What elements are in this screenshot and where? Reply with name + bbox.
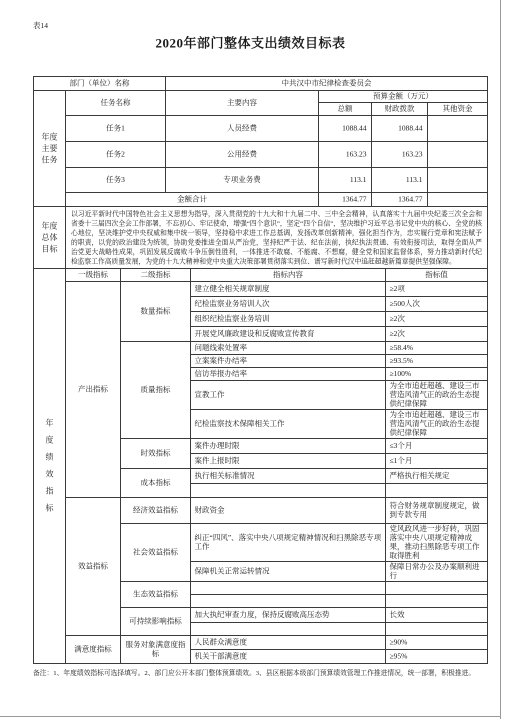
indicator-content (191, 582, 386, 595)
indicator-content: 保障机关正常运转情况 (191, 562, 386, 582)
group-quality-indicators: 质量指标 (121, 342, 191, 439)
indicator-value (386, 582, 488, 595)
indicator-value (386, 623, 488, 636)
indicator-value (386, 484, 488, 498)
task-row-2: 任务2 公用经费 163.23 163.23 (34, 142, 488, 168)
indicator-content: 问题线索处置率 (191, 342, 386, 355)
indicator-value: 为全市追赶超越、建设三市营造风清气正的政治生态提供纪律保障 (386, 410, 488, 439)
page-edge-bottom (0, 716, 501, 717)
col-fiscal: 财政拨款 (372, 103, 428, 116)
task-content: 公用经费 (166, 142, 319, 168)
task-content: 人员经费 (166, 116, 319, 142)
side-label-annual-goal: 年度总体目标 (34, 207, 66, 269)
task-content: 专项业务费 (166, 168, 319, 193)
indicator-content (191, 484, 386, 498)
indicator-content: 机关干部满意度 (191, 650, 386, 664)
task-row-1: 任务1 人员经费 1088.44 1088.44 (34, 116, 488, 142)
task-fiscal: 1088.44 (372, 116, 428, 142)
indicator-value: ≥2项 (386, 282, 488, 297)
group-social-benefit: 社会效益指标 (121, 524, 191, 582)
col-other-funds: 其他资金 (428, 103, 488, 116)
footnote-text: 备注：1、年度绩效指标可选择填写。2、部门应公开本部门整体预算绩效。3、县区根据… (33, 669, 487, 678)
sum-other (428, 193, 488, 207)
task-name: 任务1 (66, 116, 166, 142)
task-fiscal: 163.23 (372, 142, 428, 168)
annual-goal-row: 年度总体目标 以习近平新时代中国特色社会主义思想为指导，深入贯彻党的十九大和十九… (34, 207, 488, 269)
sum-fiscal: 1364.77 (372, 193, 428, 207)
group-benefit-indicators: 效益指标 (66, 498, 121, 636)
sum-row: 金额合计 1364.77 1364.77 (34, 193, 488, 207)
indicator-value: ≥2次 (386, 312, 488, 327)
document-page: 表14 2020年部门整体支出绩效目标表 部门（单位）名称 中共汉中市纪律检查委… (0, 0, 509, 719)
indicator-value: 符合财务规章制度规定，做到专款专用 (386, 498, 488, 524)
task-row-3: 任务3 专项业务费 113.1 113.1 (34, 168, 488, 193)
dept-name-row: 部门（单位）名称 中共汉中市纪律检查委员会 (34, 77, 488, 91)
indicator-content: 建立健全相关规章制度 (191, 282, 386, 297)
task-other (428, 116, 488, 142)
group-output-indicators: 产出指标 (66, 282, 121, 498)
side-label-annual-performance: 年度绩效指标 (34, 269, 66, 664)
indicator-value (386, 595, 488, 608)
col-task-name: 任务名称 (66, 91, 166, 116)
page-edge-right (500, 0, 501, 719)
indicator-value: ≥95% (386, 650, 488, 664)
form-number: 表14 (33, 20, 48, 31)
indicator-header-row: 年度绩效指标 一级指标 二级指标 指标内容 指标值 (34, 269, 488, 282)
indicator-content: 加大执纪审查力度，保持反腐败高压态势 (191, 608, 386, 623)
group-service-target-satisfaction: 服务对象满意度指标 (121, 636, 191, 664)
indicator-value: ≥100% (386, 368, 488, 381)
indicator-content: 宣教工作 (191, 381, 386, 410)
indicator-value: ≤1个月 (386, 454, 488, 469)
group-economic-benefit: 经济效益指标 (121, 498, 191, 524)
indicator-content: 信访举报办结率 (191, 368, 386, 381)
task-other (428, 168, 488, 193)
scanned-page: 表14 2020年部门整体支出绩效目标表 部门（单位）名称 中共汉中市纪律检查委… (0, 0, 509, 719)
indicator-value: ≥500人次 (386, 297, 488, 312)
task-total: 163.23 (319, 142, 372, 168)
indicator-content (191, 623, 386, 636)
group-quantity-indicators: 数量指标 (121, 282, 191, 342)
side-label-annual-tasks: 年度主要任务 (34, 91, 66, 207)
task-name: 任务2 (66, 142, 166, 168)
group-cost-indicators: 成本指标 (121, 469, 191, 498)
group-satisfaction-indicators: 满意度指标 (66, 636, 121, 664)
col-indicator-value: 指标值 (386, 269, 488, 282)
indicator-value: 党风政风进一步好转，巩固落实中央八项规定精神成果，推动扫黑除恶专项工作取得胜利 (386, 524, 488, 562)
page-title: 2020年部门整体支出绩效目标表 (0, 33, 501, 52)
task-total: 113.1 (319, 168, 372, 193)
performance-indicator-table: 年度绩效指标 一级指标 二级指标 指标内容 指标值 产出指标 数量指标 建立健全… (33, 268, 488, 664)
indicator-row: 产出指标 数量指标 建立健全相关规章制度 ≥2项 (34, 282, 488, 297)
indicator-value: ≥90% (386, 636, 488, 650)
sum-label: 金额合计 (66, 193, 319, 207)
col-level2-indicator: 二级指标 (121, 269, 191, 282)
indicator-content: 案件办理时限 (191, 439, 386, 454)
annual-goal-text: 以习近平新时代中国特色社会主义思想为指导，深入贯彻党的十九大和十九届二中、三中全… (66, 207, 488, 269)
col-indicator-content: 指标内容 (191, 269, 386, 282)
indicator-value: 为全市追赶超越、建设三市营造风清气正的政治生态提供纪律保障 (386, 381, 488, 410)
indicator-content: 纪检监察技术保障相关工作 (191, 410, 386, 439)
indicator-content: 立案案件办结率 (191, 355, 386, 368)
group-time-indicators: 时效指标 (121, 439, 191, 469)
indicator-content: 开展党风廉政建设和反腐败宣传教育 (191, 327, 386, 342)
sum-total: 1364.77 (319, 193, 372, 207)
dept-name-value: 中共汉中市纪律检查委员会 (166, 77, 488, 91)
budget-task-table: 部门（单位）名称 中共汉中市纪律检查委员会 年度主要任务 任务名称 主要内容 预… (33, 76, 488, 269)
indicator-content: 组织纪检监察业务培训 (191, 312, 386, 327)
indicator-value: 严格执行相关规定 (386, 469, 488, 484)
col-level1-indicator: 一级指标 (66, 269, 121, 282)
indicator-content: 案件上报时限 (191, 454, 386, 469)
indicator-content: 纠正“四风”、落实中央八项规定精神情况和扫黑除恶专项工作 (191, 524, 386, 562)
task-name: 任务3 (66, 168, 166, 193)
indicator-value: ≥2次 (386, 327, 488, 342)
tables-container: 部门（单位）名称 中共汉中市纪律检查委员会 年度主要任务 任务名称 主要内容 预… (33, 76, 487, 677)
indicator-value: ≥58.4% (386, 342, 488, 355)
task-other (428, 142, 488, 168)
col-budget-amount: 预算金额（万元） (319, 91, 488, 103)
indicator-value: ≥93.5% (386, 355, 488, 368)
group-sustainable-impact: 可持续影响指标 (121, 608, 191, 636)
indicator-value: 保障日常办公及办案顺利进行 (386, 562, 488, 582)
task-total: 1088.44 (319, 116, 372, 142)
indicator-content (191, 595, 386, 608)
budget-header-row: 年度主要任务 任务名称 主要内容 预算金额（万元） (34, 91, 488, 103)
indicator-row: 效益指标 经济效益指标 财政资金 符合财务规章制度规定，做到专款专用 (34, 498, 488, 524)
indicator-value: ≤3个月 (386, 439, 488, 454)
indicator-content: 人民群众满意度 (191, 636, 386, 650)
dept-name-label: 部门（单位）名称 (34, 77, 166, 91)
indicator-value: 长效 (386, 608, 488, 623)
indicator-content: 执行相关标准情况 (191, 469, 386, 484)
indicator-content: 财政资金 (191, 498, 386, 524)
group-ecological-benefit: 生态效益指标 (121, 582, 191, 608)
indicator-content: 纪检监察业务培训人次 (191, 297, 386, 312)
col-main-content: 主要内容 (166, 91, 319, 116)
task-fiscal: 113.1 (372, 168, 428, 193)
col-total: 总额 (319, 103, 372, 116)
indicator-row: 满意度指标 服务对象满意度指标 人民群众满意度 ≥90% (34, 636, 488, 650)
